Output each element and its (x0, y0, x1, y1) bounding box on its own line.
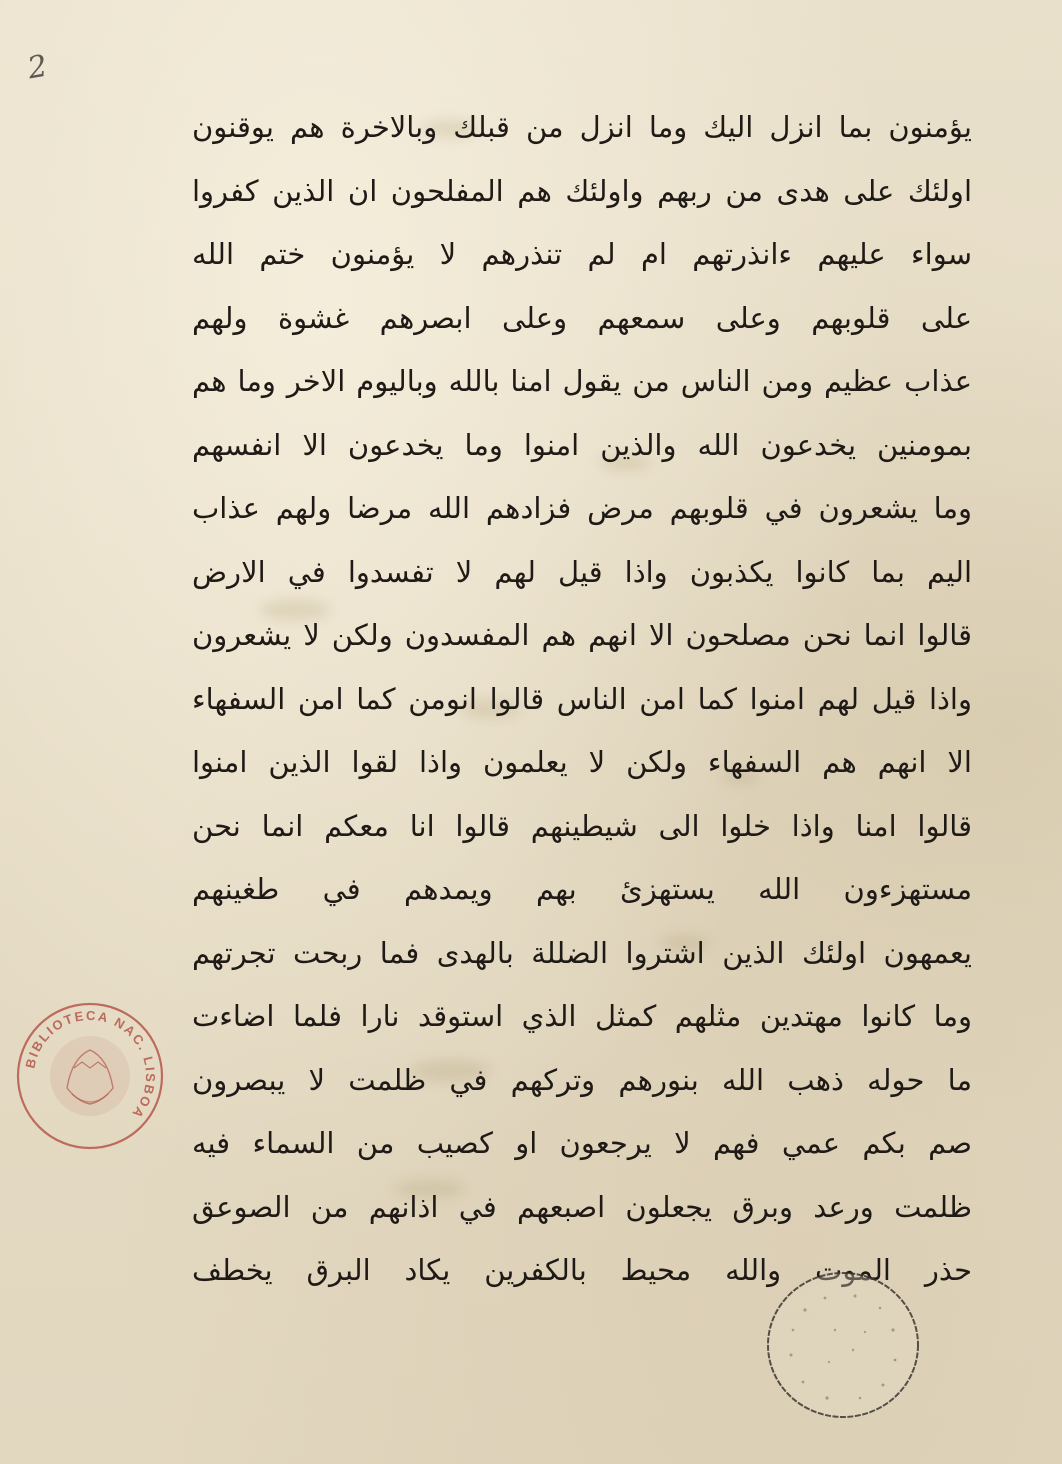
text-line: عذاب عظيم ومن الناس من يقول امنا بالله و… (192, 350, 972, 414)
text-line: ما حوله ذهب الله بنورهم وتركهم في ظلمت ل… (192, 1049, 972, 1113)
folio-number: 2 (25, 49, 50, 87)
text-line: ظلمت ورعد وبرق يجعلون اصبعهم في اذانهم م… (192, 1176, 972, 1240)
blind-stamp (765, 1270, 921, 1420)
library-stamp: BIBLIOTECA NAC. LISBOA (12, 998, 168, 1154)
text-line: وما يشعرون في قلوبهم مرض فزادهم الله مرض… (192, 477, 972, 541)
text-line: يعمهون اولئك الذين اشتروا الضللة بالهدى … (192, 922, 972, 986)
text-line: بمومنين يخدعون الله والذين امنوا وما يخد… (192, 414, 972, 478)
text-line: صم بكم عمي فهم لا يرجعون او كصيب من السم… (192, 1112, 972, 1176)
text-line: الا انهم هم السفهاء ولكن لا يعلمون واذا … (192, 731, 972, 795)
manuscript-page: 2 يؤمنون بما انزل اليك وما انزل من قبلك … (0, 0, 1062, 1464)
text-line: على قلوبهم وعلى سمعهم وعلى ابصرهم غشوة و… (192, 287, 972, 351)
text-line: يؤمنون بما انزل اليك وما انزل من قبلك وب… (192, 96, 972, 160)
text-line: مستهزءون الله يستهزئ بهم ويمدهم في طغينه… (192, 858, 972, 922)
text-line: اليم بما كانوا يكذبون واذا قيل لهم لا تف… (192, 541, 972, 605)
manuscript-text-block: يؤمنون بما انزل اليك وما انزل من قبلك وب… (192, 96, 972, 1303)
text-line: وما كانوا مهتدين مثلهم كمثل الذي استوقد … (192, 985, 972, 1049)
text-line: قالوا امنا واذا خلوا الى شيطينهم قالوا ا… (192, 795, 972, 859)
text-line: سواء عليهم ءانذرتهم ام لم تنذرهم لا يؤمن… (192, 223, 972, 287)
text-line: اولئك على هدى من ربهم واولئك هم المفلحون… (192, 160, 972, 224)
text-line: قالوا انما نحن مصلحون الا انهم هم المفسد… (192, 604, 972, 668)
library-stamp-icon: BIBLIOTECA NAC. LISBOA (12, 998, 168, 1154)
text-line: واذا قيل لهم امنوا كما امن الناس قالوا ا… (192, 668, 972, 732)
blind-stamp-icon (765, 1270, 921, 1420)
